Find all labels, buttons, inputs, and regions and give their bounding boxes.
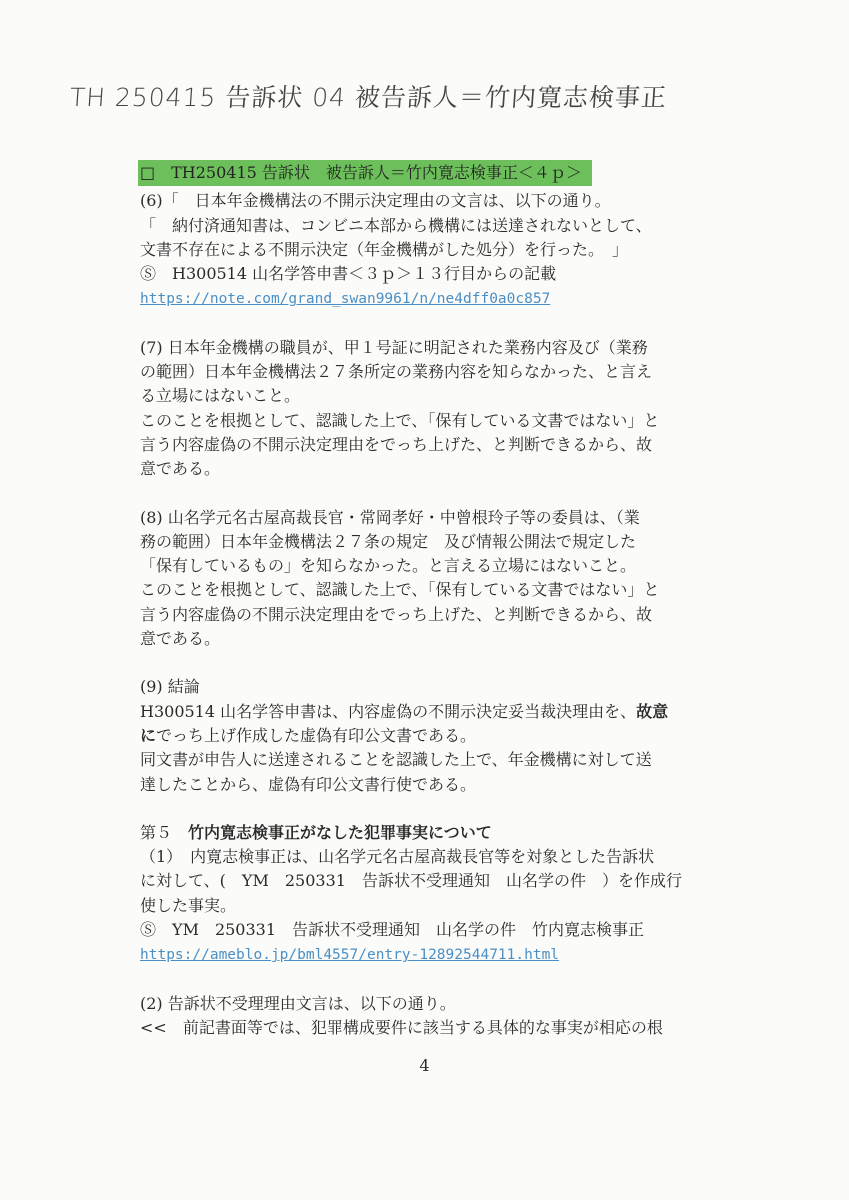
text-line: 使した事実。 — [140, 894, 750, 918]
text-line: (7) 日本年金機構の職員が、甲１号証に明記された業務内容及び（業務 — [140, 336, 750, 360]
ameblo-link[interactable]: https://ameblo.jp/bml4557/entry-12892544… — [140, 947, 559, 963]
handwritten-note: TH 250415 告訴状 04 被告訴人＝竹内寛志検事正 — [69, 78, 669, 114]
section-title: (9) 結論 — [140, 675, 750, 699]
note-link[interactable]: https://note.com/grand_swan9961/n/ne4dff… — [140, 291, 550, 307]
text-line: 務の範囲）日本年金機構法２７条の規定 及び情報公開法で規定した — [140, 530, 750, 554]
section-8: (8) 山名学元名古屋高裁長官・常岡孝好・中曾根玲子等の委員は、（業 務の範囲）… — [140, 506, 750, 652]
text-line: Ⓢ YM 250331 告訴状不受理通知 山名学の件 竹内寛志検事正 — [140, 918, 750, 942]
text-line: の範囲）日本年金機構法２７条所定の業務内容を知らなかった、と言え — [140, 360, 750, 384]
emphasis: に — [140, 726, 156, 745]
text-line: このことを根拠として、認識した上で、「保有している文書ではない」と — [140, 578, 750, 602]
text: H300514 山名学答申書は、内容虚偽の不開示決定妥当裁決理由を、 — [140, 702, 636, 721]
text-line: 文書不存在による不開示決定（年金機構がした処分）を行った。 」 — [140, 238, 750, 262]
text-line: 言う内容虚偽の不開示決定理由をでっち上げた、と判断できるから、故 — [140, 433, 750, 457]
text-line: 同文書が申告人に送達されることを認識した上で、年金機構に対して送 — [140, 748, 750, 772]
text-line: る立場にはないこと。 — [140, 384, 750, 408]
section-7: (7) 日本年金機構の職員が、甲１号証に明記された業務内容及び（業務 の範囲）日… — [140, 336, 750, 482]
text-line: 言う内容虚偽の不開示決定理由をでっち上げた、と判断できるから、故 — [140, 603, 750, 627]
section-6: (6)「 日本年金機構法の不開示決定理由の文言は、以下の通り。 「 納付済通知書… — [140, 189, 750, 311]
text-line: 達したことから、虚偽有印公文書行使である。 — [140, 773, 750, 797]
text-line: 意である。 — [140, 457, 750, 481]
emphasis: 故意 — [636, 702, 668, 721]
text-line: このことを根拠として、認識した上で、「保有している文書ではない」と — [140, 409, 750, 433]
text-line: （1） 内寛志検事正は、山名学元名古屋高裁長官等を対象とした告訴状 — [140, 845, 750, 869]
text-line: Ⓢ H300514 山名学答申書＜３ｐ＞１３行目からの記載 — [140, 262, 750, 286]
text-line: 「保有しているもの」を知らなかった。と言える立場にはないこと。 — [140, 554, 750, 578]
text-line: 「 納付済通知書は、コンビニ本部から機構には送達されないとして、 — [140, 214, 750, 238]
text-line: (2) 告訴状不受理理由文言は、以下の通り。 — [140, 992, 750, 1016]
section-9: (9) 結論 H300514 山名学答申書は、内容虚偽の不開示決定妥当裁決理由を… — [140, 675, 750, 796]
text-line: (8) 山名学元名古屋高裁長官・常岡孝好・中曾根玲子等の委員は、（業 — [140, 506, 750, 530]
text: でっち上げ作成した虚偽有印公文書である。 — [156, 726, 476, 745]
highlighted-heading: □ TH250415 告訴状 被告訴人＝竹内寛志検事正＜４ｐ＞ — [138, 160, 592, 186]
document-body: □ TH250415 告訴状 被告訴人＝竹内寛志検事正＜４ｐ＞ (6)「 日本年… — [140, 160, 750, 1040]
part-5: 第５ 竹内寛志検事正がなした犯罪事実について （1） 内寛志検事正は、山名学元名… — [140, 821, 750, 1040]
text-line: << 前記書面等では、犯罪構成要件に該当する具体的な事実が相応の根 — [140, 1016, 750, 1040]
page-number: 4 — [0, 1056, 849, 1075]
part-title: 第５ 竹内寛志検事正がなした犯罪事実について — [140, 821, 750, 845]
text-line: (6)「 日本年金機構法の不開示決定理由の文言は、以下の通り。 — [140, 189, 750, 213]
text-line: に対して、( YM 250331 告訴状不受理通知 山名学の件 ）を作成行 — [140, 869, 750, 893]
text-line: 意である。 — [140, 627, 750, 651]
